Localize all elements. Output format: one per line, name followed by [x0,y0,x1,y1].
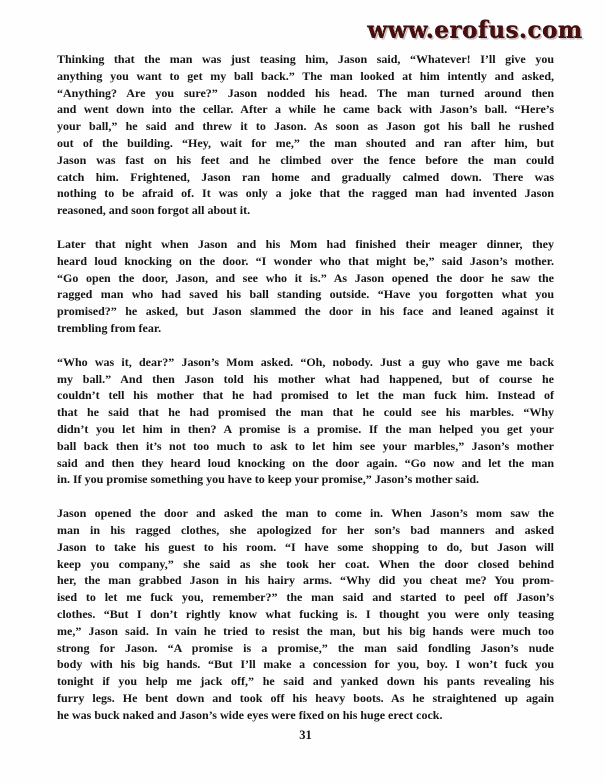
text-line: didn’t you let him in then? A promise is… [57,421,554,438]
text-line: couldn’t tell his mother that he had pro… [57,387,554,404]
story-text-block: Thinking that the man was just teasing h… [57,51,554,740]
text-line: Later that night when Jason and his Mom … [57,236,554,253]
text-line: Jason opened the door and asked the man … [57,505,554,522]
page-number: 31 [57,728,554,743]
text-line: promised?” he asked, but Jason slammed t… [57,303,554,320]
paragraph: “Who was it, dear?” Jason’s Mom asked. “… [57,354,554,488]
text-line: heard loud knocking on the door. “I wond… [57,253,554,270]
paragraph: Thinking that the man was just teasing h… [57,51,554,219]
text-line: furry legs. He bent down and took off hi… [57,690,554,707]
text-line: anything you want to get my ball back.” … [57,68,554,85]
text-line: ragged man who had saved his ball standi… [57,286,554,303]
text-line: in. If you promise something you have to… [57,471,554,488]
text-line: Thinking that the man was just teasing h… [57,51,554,68]
text-line: catch him. Frightened, Jason ran home an… [57,169,554,186]
text-line: said and then they heard loud knocking o… [57,455,554,472]
text-line: ball back then it’s not too much to ask … [57,438,554,455]
text-line: nothing to be afraid of. It was only a j… [57,185,554,202]
text-line: Jason to take his guest to his room. “I … [57,539,554,556]
text-line: body with his big hands. “But I’ll make … [57,656,554,673]
text-line: Jason was fast on his feet and he climbe… [57,152,554,169]
text-line: keep you company,” she said as she took … [57,556,554,573]
text-line: “Go open the door, Jason, and see who it… [57,270,554,287]
text-line: man in his ragged clothes, she apologize… [57,522,554,539]
text-line: that he said that he had promised the ma… [57,404,554,421]
text-line: and went down into the cellar. After a w… [57,101,554,118]
text-line: trembling from fear. [57,320,554,337]
text-line: clothes. “But I don’t rightly know what … [57,606,554,623]
text-line: strong for Jason. “A promise is a promis… [57,640,554,657]
text-line: tonight if you help me jack off,” he sai… [57,673,554,690]
text-line: out of the building. “Hey, wait for me,”… [57,135,554,152]
text-line: “Who was it, dear?” Jason’s Mom asked. “… [57,354,554,371]
paragraph: Jason opened the door and asked the man … [57,505,554,723]
text-line: he was buck naked and Jason’s wide eyes … [57,707,554,724]
text-line: your ball,” he said and threw it to Jaso… [57,118,554,135]
text-line: her, the man grabbed Jason in his hairy … [57,572,554,589]
paragraph: Later that night when Jason and his Mom … [57,236,554,337]
text-line: “Anything? Are you sure?” Jason nodded h… [57,85,554,102]
erofus-watermark: www.erofus.com [368,17,583,44]
text-line: ised to let me fuck you, remember?” the … [57,589,554,606]
text-line: me,” Jason said. In vain he tried to res… [57,623,554,640]
text-line: my ball.” And then Jason told his mother… [57,371,554,388]
text-line: reasoned, and soon forgot all about it. [57,202,554,219]
scanned-book-page: www.erofus.com Thinking that the man was… [0,0,605,783]
